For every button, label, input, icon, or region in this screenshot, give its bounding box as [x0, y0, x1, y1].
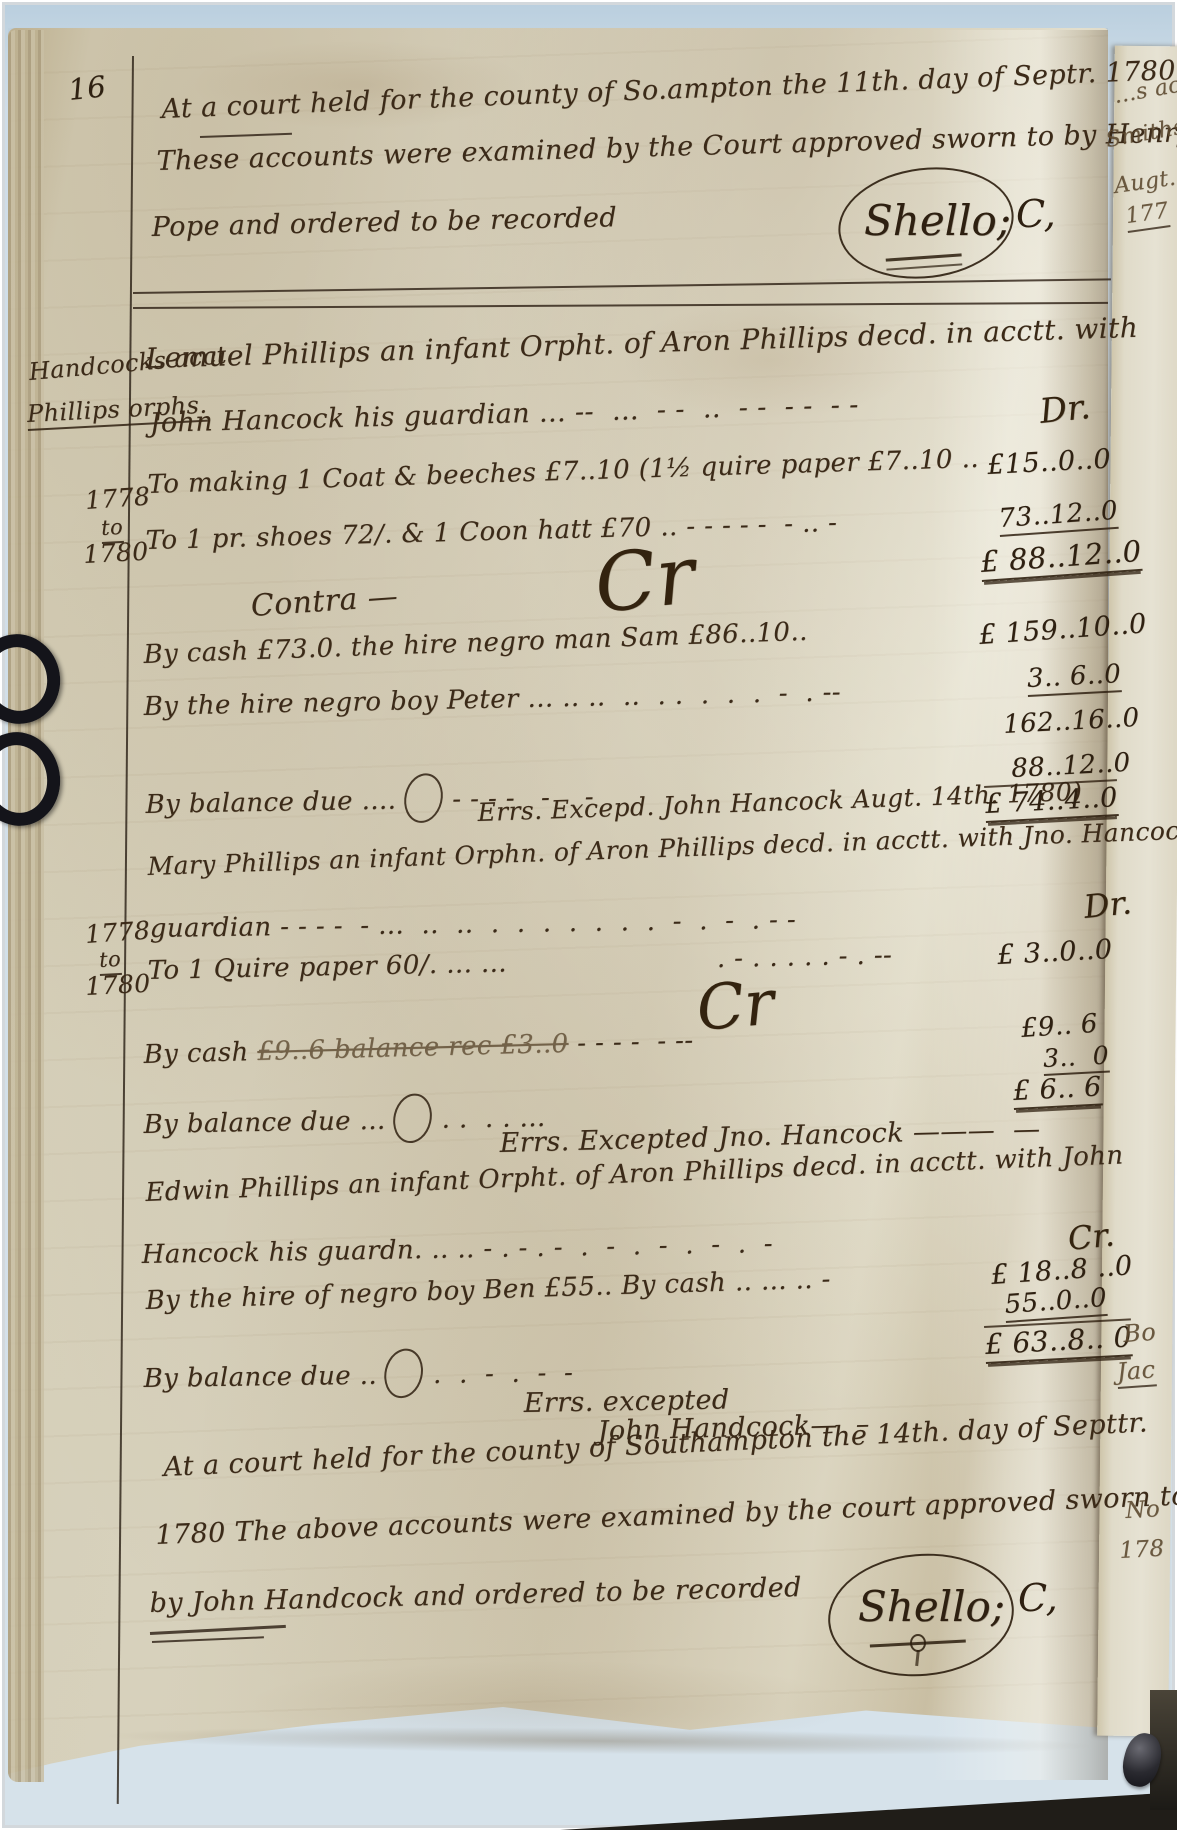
mary-credit-amount: £9.. 6 [1020, 1011, 1098, 1042]
edwin-balance-text: By balance due .. [143, 1361, 377, 1394]
mary-credit-dashes: - - - - - -- [568, 1026, 694, 1059]
mary-balance-text: By balance due ... [143, 1106, 386, 1140]
flourish-loop [388, 1090, 436, 1147]
margin-daterange2-start: 1778 [84, 918, 151, 947]
page-curl-shadow [100, 1723, 1100, 1759]
flourish-loop [399, 770, 447, 827]
lemuel-balance-text: By balance due .... [145, 786, 396, 820]
edwin-balance-line: By balance due ... . - . - - [143, 1346, 573, 1402]
mary-balance-line: By balance due .... . . . ... [143, 1091, 546, 1148]
edge-fragment: No [1125, 1498, 1161, 1523]
mary-debit-1-amount: £ 3..0..0 [997, 936, 1113, 969]
lemuel-balance-amount: £ 74..4..0 [984, 779, 1119, 823]
book-cover-edge [560, 1788, 1177, 1830]
edge-fragment: Bo [1122, 1320, 1156, 1346]
clerk-signature-text: Shello; [864, 196, 1011, 245]
margin-daterange1-end: 1780 [83, 539, 149, 567]
edge-fragment: 178 [1119, 1538, 1165, 1563]
lemuel-dr-label: Dr. [1038, 387, 1092, 432]
mary-balance-amount: £ 6.. 6 [1012, 1073, 1102, 1110]
clerk-signature-suffix: C, [1016, 192, 1056, 236]
mary-cr-flourish: Cr [694, 966, 777, 1045]
edge-fragment: Jac [1116, 1357, 1157, 1389]
clerk-signature-top: Shello; C, [838, 160, 1068, 290]
margin-daterange2-end: 1780 [85, 971, 151, 999]
scanned-ledger-photo: 16 At a court held for the county of So.… [0, 0, 1177, 1830]
flourish-loop [380, 1345, 428, 1402]
margin-daterange1-start: 1778 [84, 484, 151, 513]
mary-credit-pre: By cash [143, 1037, 257, 1070]
edwin-balance-amount: £ 63..8.. 0 [984, 1318, 1133, 1364]
clerk-signature-text: Shello; [858, 1582, 1005, 1631]
clerk-signature-bottom: Shello; C, [828, 1548, 1068, 1698]
clerk-signature-suffix: C, [1018, 1576, 1058, 1620]
lemuel-cr-flourish: Cr [590, 528, 699, 631]
mary-dr-label: Dr. [1082, 883, 1133, 926]
lemuel-debit-1-amount: £15..0..0 [987, 446, 1112, 479]
page-stack-edge [8, 30, 44, 1782]
lemuel-credit-2-amount: 3.. 6..0 [1026, 661, 1122, 697]
page-number: 16 [67, 72, 108, 105]
edwin-balance-dashes: . . - . - - [433, 1358, 574, 1390]
lemuel-credit-subtotal: 162..16..0 [1003, 705, 1140, 738]
